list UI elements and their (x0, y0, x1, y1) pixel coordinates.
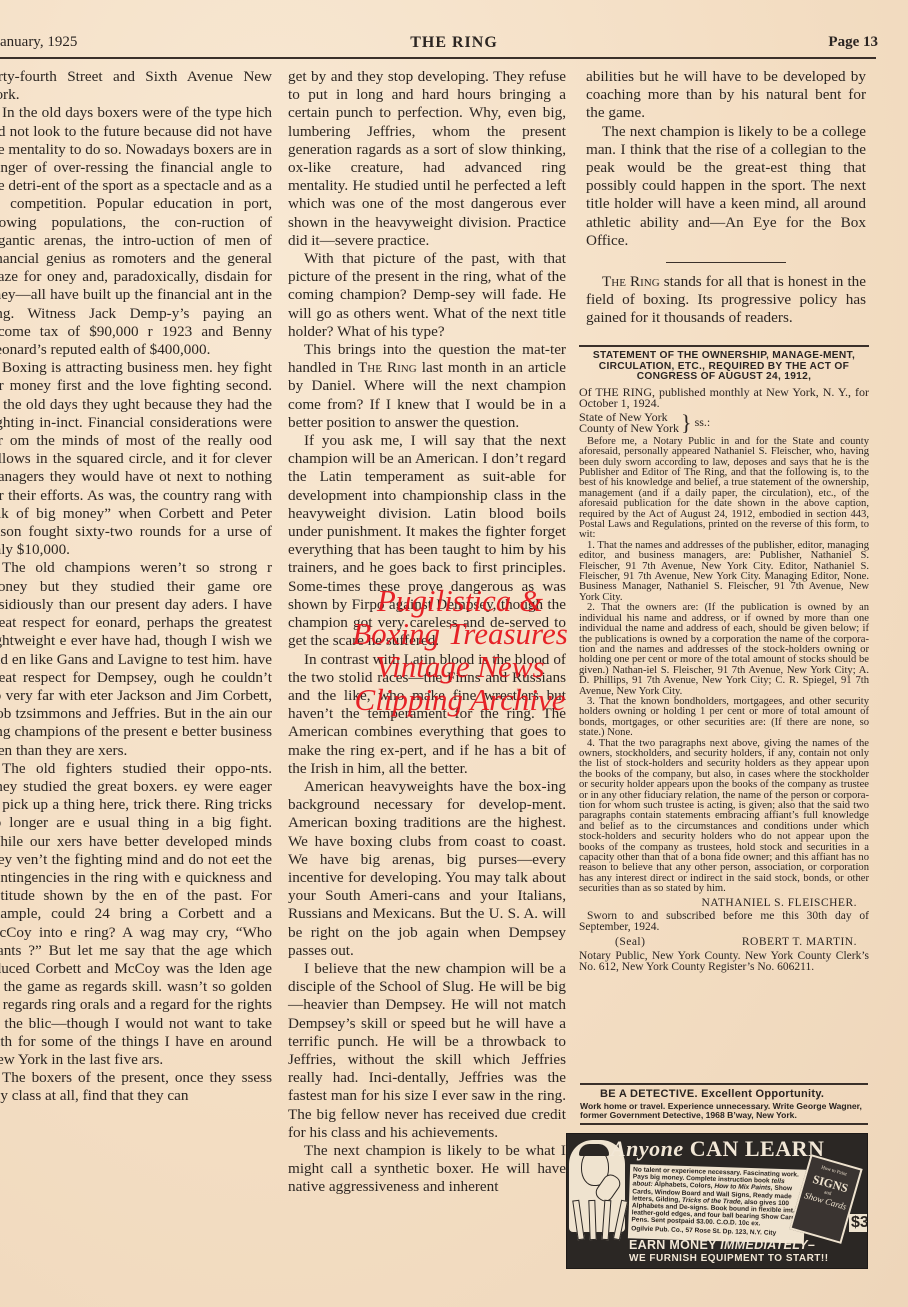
article-paragraph: The old champions weren’t so strong r mo… (0, 559, 272, 759)
sworn-text: Sworn to and subscribed before me this 3… (579, 911, 869, 933)
ad-price: $3 (849, 1214, 868, 1232)
statement-divider (579, 345, 869, 347)
article-paragraph: This brings into the question the mat-te… (288, 341, 566, 432)
statement-heading: STATEMENT OF THE OWNERSHIP, MANAGE-MENT,… (579, 351, 869, 383)
section-divider (666, 262, 786, 263)
page-number: Page 13 (828, 34, 878, 51)
ring-name: The Ring (358, 359, 417, 376)
notary-name: ROBERT T. MARTIN. (742, 937, 857, 947)
article-column-3: abilities but he will have to be develop… (586, 68, 866, 328)
statement-paragraph: Before me, a Notary Public in and for th… (579, 437, 869, 541)
ad-address: Ogilvie Pub. Co., 57 Rose St. Dp. 123, N… (631, 1225, 801, 1238)
statement-venue: State of New York County of New York } s… (579, 412, 869, 434)
detective-ad-title: BE A DETECTIVE. Excellent Opportunity. (600, 1088, 868, 1100)
article-paragraph: In the old days boxers were of the type … (0, 104, 272, 359)
ring-promo-text: The Ring stands for all that is honest i… (586, 273, 866, 328)
article-paragraph: The boxers of the present, once they sse… (0, 1069, 272, 1105)
article-paragraph: hirty-fourth Street and Sixth Avenue New… (0, 68, 272, 104)
ownership-statement: STATEMENT OF THE OWNERSHIP, MANAGE-MENT,… (579, 345, 869, 973)
article-paragraph: If you ask me, I will say that the next … (288, 432, 566, 650)
article-paragraph: With that picture of the past, with that… (288, 250, 566, 341)
statement-paragraphs: Before me, a Notary Public in and for th… (579, 437, 869, 895)
article-paragraph: The old fighters studied their oppo-nts.… (0, 760, 272, 1069)
statement-of-line: Of THE RING, published monthly at New Yo… (579, 387, 869, 409)
seal-label: (Seal) (615, 937, 645, 947)
article-paragraph: get by and they stop developing. They re… (288, 68, 566, 250)
brushes-icon (573, 1200, 633, 1240)
article-paragraph: The next champion is likely to be what I… (288, 1142, 566, 1197)
article-paragraph: Boxing is attracting business men. hey f… (0, 359, 272, 559)
publisher-signature: NATHANIEL S. FLEISCHER. (579, 898, 857, 908)
detective-ad: BE A DETECTIVE. Excellent Opportunity. W… (580, 1083, 868, 1125)
notary-info: Notary Public, New York County. New York… (579, 951, 869, 973)
article-paragraph: I believe that the new champion will be … (288, 960, 566, 1142)
statement-paragraph: 4. That the two paragraphs next above, g… (579, 739, 869, 895)
ring-name: The Ring (602, 273, 660, 290)
article-paragraph: American heavyweights have the box-ing b… (288, 778, 566, 960)
statement-paragraph: 3. That the known bondholders, mortgagee… (579, 697, 869, 739)
magazine-title: THE RING (0, 34, 908, 52)
statement-paragraph: 1. That the names and addresses of the p… (579, 541, 869, 603)
ad-body: No talent or experience necessary. Fasci… (628, 1164, 806, 1243)
sign-painting-ad: Anyone CAN LEARN No talent or experience… (566, 1133, 868, 1269)
article-column-2: get by and they stop developing. They re… (288, 68, 566, 1197)
page-header: anuary, 1925 THE RING Page 13 (0, 30, 880, 52)
article-paragraph: In contrast with Latin blood is the bloo… (288, 651, 566, 778)
header-divider (0, 57, 876, 59)
ad-earn-line: EARN MONEY IMMEDIATELY– (629, 1238, 815, 1252)
article-paragraph: The next champion is likely to be a coll… (586, 123, 866, 250)
ad-furnish-line: WE FURNISH EQUIPMENT TO START!! (629, 1253, 829, 1264)
ad-headline: Anyone CAN LEARN (611, 1136, 824, 1162)
detective-ad-body: Work home or travel. Experience unnecess… (580, 1102, 868, 1120)
statement-paragraph: 2. That the owners are: (If the publicat… (579, 603, 869, 697)
brace-icon: } (681, 413, 692, 433)
article-paragraph: abilities but he will have to be develop… (586, 68, 866, 123)
article-column-1: hirty-fourth Street and Sixth Avenue New… (0, 68, 272, 1106)
seal-row: (Seal) ROBERT T. MARTIN. (615, 937, 857, 947)
